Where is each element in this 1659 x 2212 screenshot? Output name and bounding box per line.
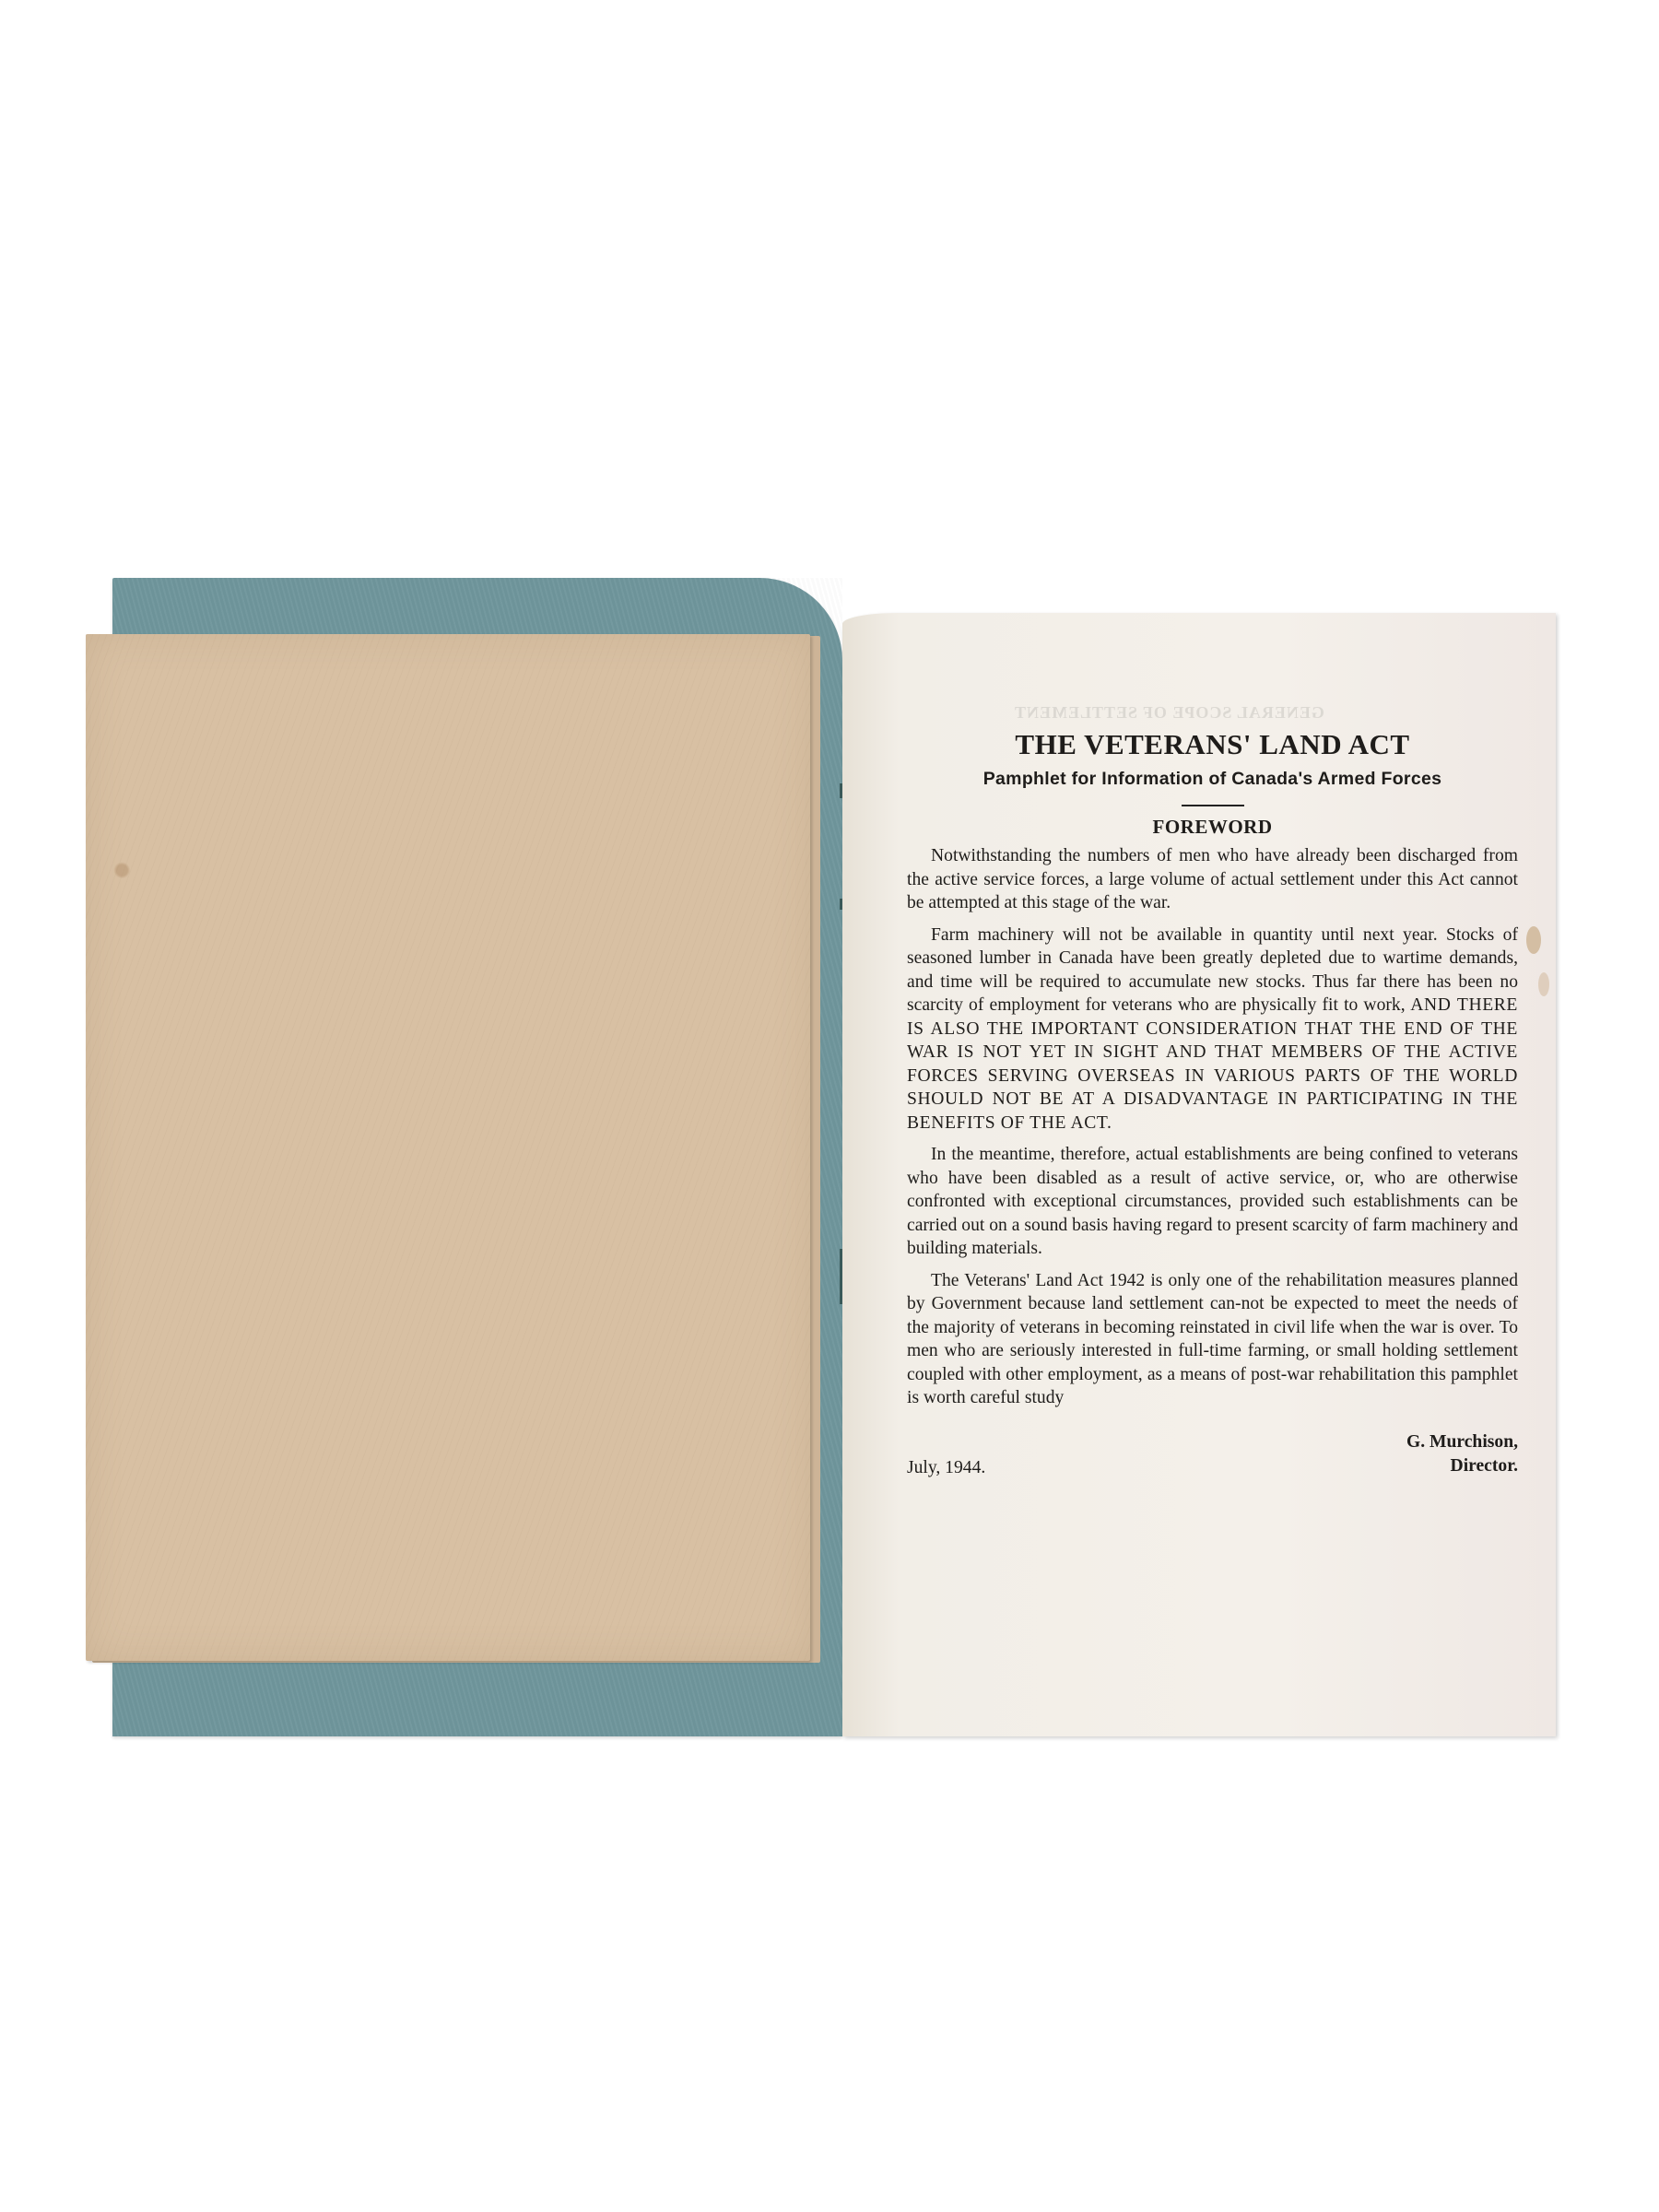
title-divider [1182,805,1244,806]
signatory-title: Director. [1406,1454,1518,1478]
bleed-through-text: GENERAL SCOPE OF SETTLEMENT [1014,703,1324,723]
section-heading: FOREWORD [907,816,1518,839]
paper-stain [1526,926,1541,954]
paper-stain [1538,972,1549,996]
signoff: July, 1944. G. Murchison, Director. [907,1430,1518,1478]
document-title: THE VETERANS' LAND ACT [907,728,1518,761]
signature-block: G. Murchison, Director. [1406,1430,1518,1478]
paragraph: Farm machinery will not be available in … [907,924,1518,1135]
left-blank-endpaper [86,634,810,1661]
signatory-name: G. Murchison, [1406,1430,1518,1454]
paragraph: The Veterans' Land Act 1942 is only one … [907,1269,1518,1410]
paragraph: Notwithstanding the numbers of men who h… [907,844,1518,915]
foreword-text-block: THE VETERANS' LAND ACT Pamphlet for Info… [907,728,1518,1478]
document-subtitle: Pamphlet for Information of Canada's Arm… [907,769,1518,790]
emphasized-caps-text: AND THERE IS ALSO THE IMPORTANT CONSIDER… [907,995,1518,1133]
date: July, 1944. [907,1458,985,1478]
paragraph: In the meantime, therefore, actual estab… [907,1143,1518,1261]
